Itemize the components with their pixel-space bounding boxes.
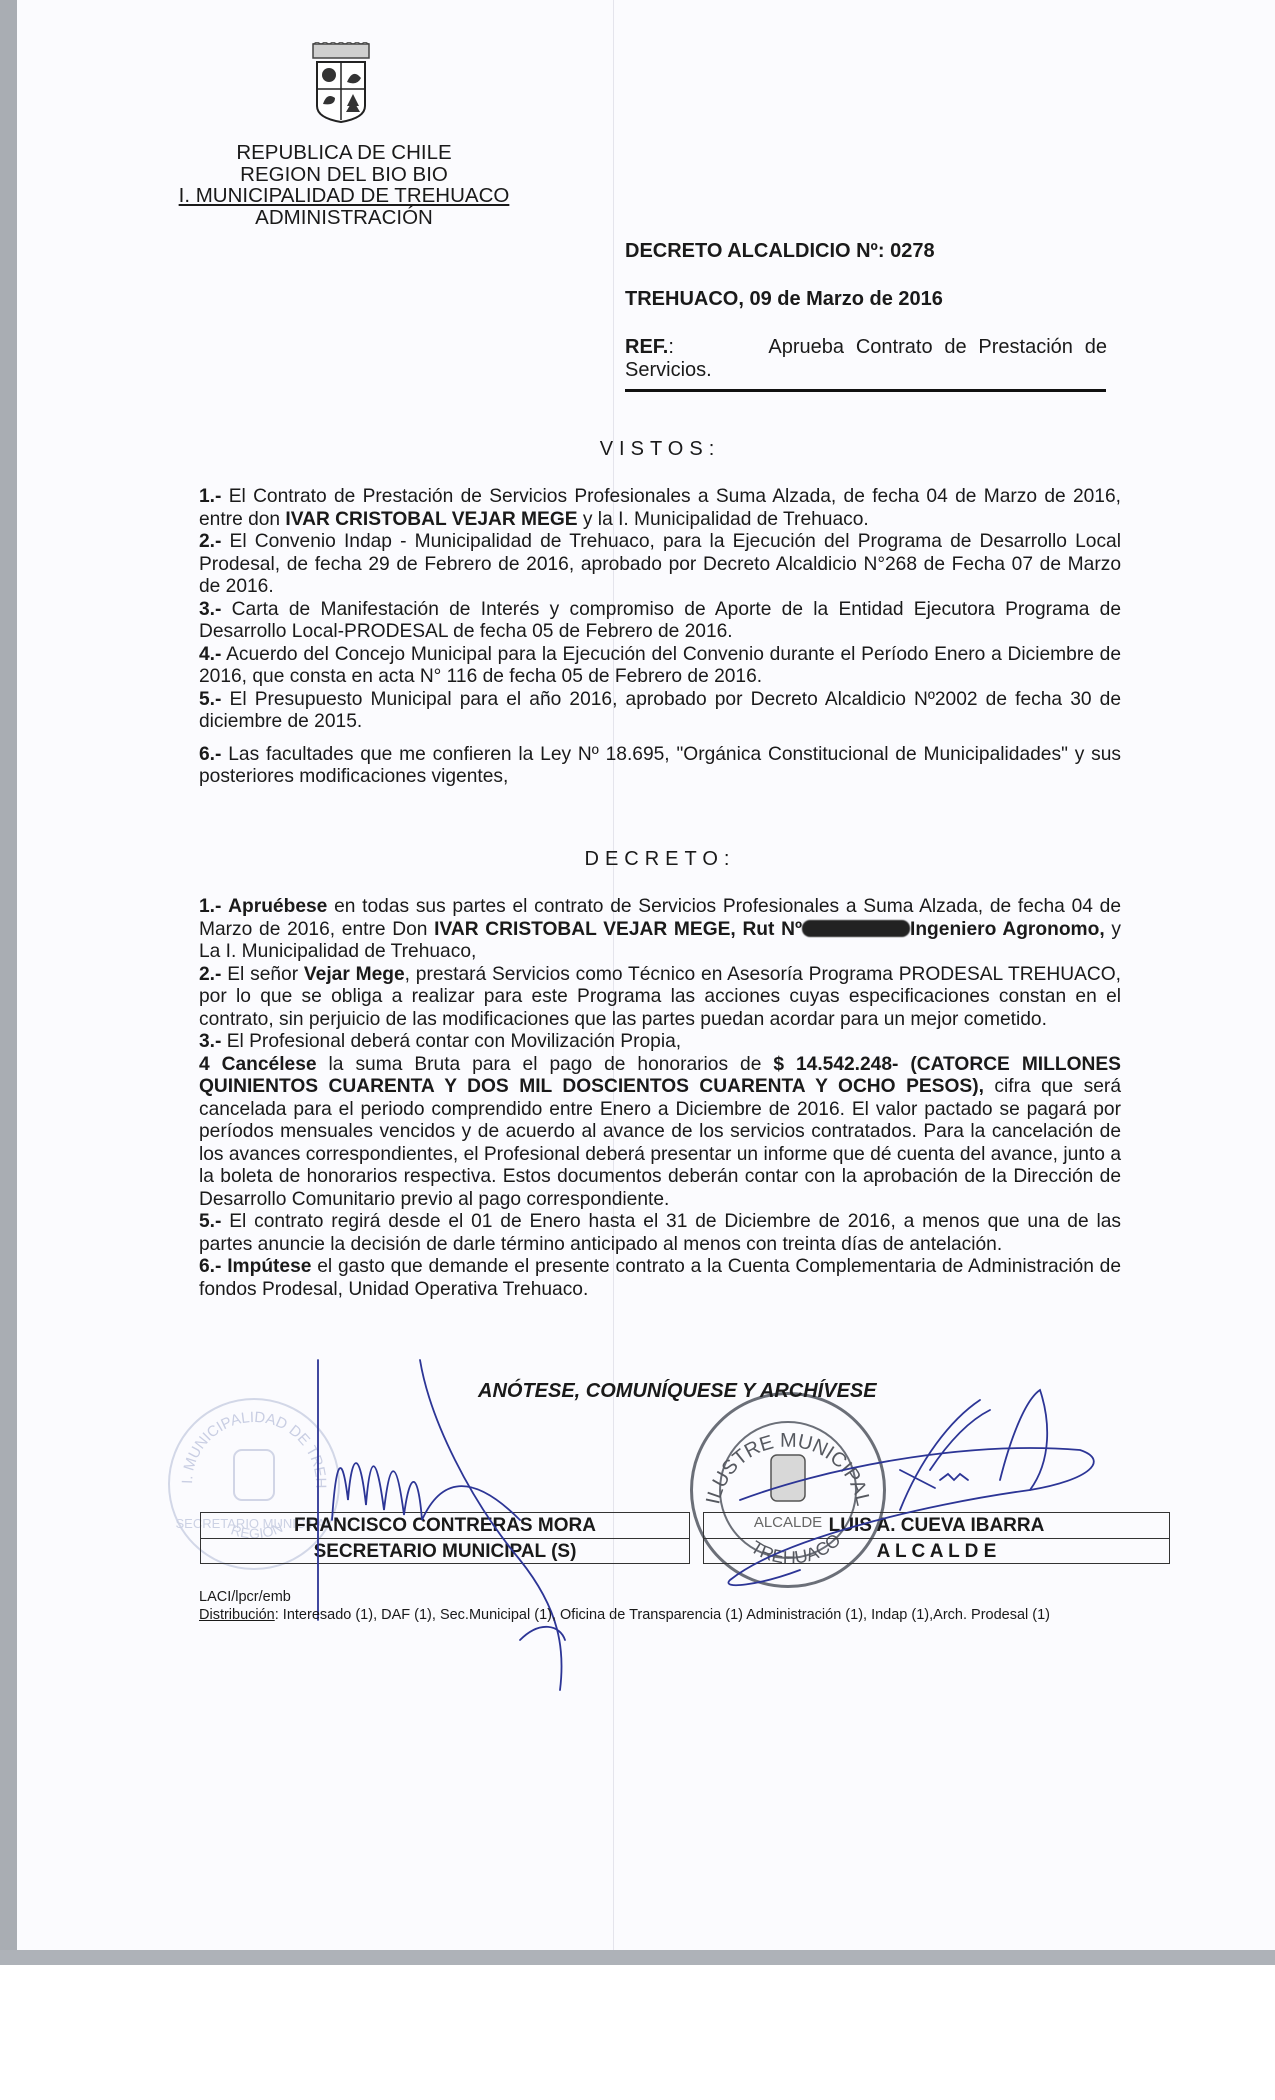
signer-name: FRANCISCO CONTRERAS MORA	[201, 1513, 689, 1538]
vistos-item: 2.- El Convenio Indap - Municipalidad de…	[199, 531, 1121, 599]
issuer-header: REPUBLICA DE CHILE REGION DEL BIO BIO I.…	[140, 142, 548, 228]
item-number: 6.-	[199, 744, 221, 765]
document-footer: LACI/lpcr/emb Distribución: Interesado (…	[199, 1588, 1139, 1624]
decreto-item-6: 6.- Impútese el gasto que demande el pre…	[199, 1256, 1121, 1301]
decreto-item-3: 3.- El Profesional deberá contar con Mov…	[199, 1031, 1121, 1054]
scan-edge-bottom	[0, 1950, 1275, 1965]
header-divider	[625, 389, 1106, 392]
item-number: 3.-	[199, 1031, 221, 1052]
item-text: Carta de Manifestación de Interés y comp…	[199, 599, 1121, 643]
item-text: y la I. Municipalidad de Trehuaco.	[578, 509, 869, 530]
distribution-list: Distribución: Interesado (1), DAF (1), S…	[199, 1606, 1139, 1624]
header-line-municipality: I. MUNICIPALIDAD DE TREHUACO	[140, 185, 548, 207]
signer-name: LUIS A. CUEVA IBARRA	[704, 1513, 1169, 1538]
decreto-item-5: 5.- El contrato regirá desde el 01 de En…	[199, 1211, 1121, 1256]
item-number: 2.-	[199, 531, 221, 552]
vistos-item: 5.- El Presupuesto Municipal para el año…	[199, 689, 1121, 734]
item-text: Las facultades que me confieren la Ley N…	[199, 744, 1121, 788]
vistos-title: VISTOS:	[180, 438, 1140, 461]
stamp-text: I. MUNICIPALIDAD DE TREHUACO	[170, 1400, 329, 1489]
item-text: el gasto que demande el presente contrat…	[199, 1256, 1121, 1300]
ref-label: REF.	[625, 336, 668, 358]
vistos-list: 1.- El Contrato de Prestación de Servici…	[199, 486, 1121, 789]
signer-title: SECRETARIO MUNICIPAL (S)	[201, 1538, 689, 1564]
contractor-name: IVAR CRISTOBAL VEJAR MEGE	[285, 509, 577, 530]
closing-formula: ANÓTESE, COMUNÍQUESE Y ARCHÍVESE	[478, 1380, 877, 1403]
item-text: El Presupuesto Municipal para el año 201…	[199, 689, 1121, 733]
item-verb: Cancélese	[222, 1054, 317, 1075]
distribution-text: : Interesado (1), DAF (1), Sec.Municipal…	[275, 1607, 1050, 1623]
decreto-list: 1.- Apruébese en todas sus partes el con…	[199, 896, 1121, 1301]
vistos-item: 1.- El Contrato de Prestación de Servici…	[199, 486, 1121, 531]
item-text: la suma Bruta para el pago de honorarios…	[317, 1054, 774, 1075]
item-number: 1.-	[199, 486, 221, 507]
contractor-surname: Vejar Mege	[304, 964, 405, 985]
item-text: El Convenio Indap - Municipalidad de Tre…	[199, 531, 1121, 597]
svg-text:I. MUNICIPALIDAD DE TREHUACO: I. MUNICIPALIDAD DE TREHUACO	[170, 1400, 329, 1489]
item-verb: Apruébese	[228, 896, 327, 917]
item-number: 2.-	[199, 964, 221, 985]
distribution-label: Distribución	[199, 1607, 275, 1623]
typist-initials: LACI/lpcr/emb	[199, 1588, 1139, 1606]
vistos-item: 6.- Las facultades que me confieren la L…	[199, 744, 1121, 789]
item-number: 1.-	[199, 896, 221, 917]
item-number: 4	[199, 1054, 210, 1075]
item-number: 6.-	[199, 1256, 221, 1277]
decree-reference: REF.: Aprueba Contrato de Prestación de …	[625, 336, 1107, 382]
decreto-item-4: 4 Cancélese la suma Bruta para el pago d…	[199, 1054, 1121, 1212]
signer-title: A L C A L D E	[704, 1538, 1169, 1564]
scan-edge-left	[0, 0, 17, 1965]
ref-colon: :	[668, 336, 674, 358]
decree-place-date: TREHUACO, 09 de Marzo de 2016	[625, 288, 943, 311]
decreto-title: DECRETO:	[180, 848, 1140, 871]
decree-number: DECRETO ALCALDICIO Nº: 0278	[625, 240, 935, 263]
header-line-department: ADMINISTRACIÓN	[140, 207, 548, 229]
item-text: El señor	[221, 964, 304, 985]
item-text: El Profesional deberá contar con Moviliz…	[221, 1031, 681, 1052]
item-number: 3.-	[199, 599, 221, 620]
item-text: El contrato regirá desde el 01 de Enero …	[199, 1211, 1121, 1255]
signature-block-secretary: FRANCISCO CONTRERAS MORA SECRETARIO MUNI…	[200, 1512, 690, 1564]
vistos-item: 4.- Acuerdo del Concejo Municipal para l…	[199, 644, 1121, 689]
decreto-item-1: 1.- Apruébese en todas sus partes el con…	[199, 896, 1121, 964]
item-number: 5.-	[199, 689, 221, 710]
decreto-item-2: 2.- El señor Vejar Mege, prestará Servic…	[199, 964, 1121, 1032]
item-number: 5.-	[199, 1211, 221, 1232]
contractor-name-rut: IVAR CRISTOBAL VEJAR MEGE, Rut Nº	[434, 919, 802, 940]
item-number: 4.-	[199, 644, 221, 665]
signature-block-mayor: LUIS A. CUEVA IBARRA A L C A L D E	[703, 1512, 1170, 1564]
item-verb: Impútese	[227, 1256, 311, 1277]
contractor-profession: Ingeniero Agronomo,	[910, 919, 1105, 940]
redacted-rut	[802, 920, 910, 937]
header-line-country: REPUBLICA DE CHILE	[140, 142, 548, 164]
item-text: Acuerdo del Concejo Municipal para la Ej…	[199, 644, 1121, 688]
header-line-region: REGION DEL BIO BIO	[140, 164, 548, 186]
ref-text: Aprueba Contrato de Prestación de Servic…	[625, 336, 1107, 381]
vistos-item: 3.- Carta de Manifestación de Interés y …	[199, 599, 1121, 644]
coat-of-arms-icon	[295, 42, 387, 124]
